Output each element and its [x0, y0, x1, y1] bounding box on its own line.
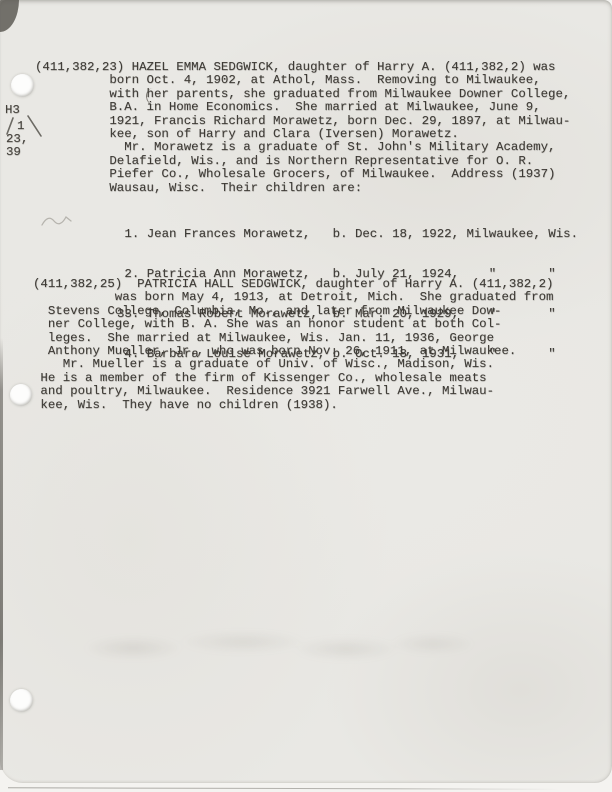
page-corner-shadow — [0, 0, 19, 32]
pencil-scribble — [40, 212, 74, 228]
page-bottom-edge-line — [8, 787, 560, 790]
margin-note-39: 39 — [6, 146, 21, 159]
record-patricia-sedgwick: (411,382,25) PATRICIA HALL SEDGWICK, dau… — [33, 278, 554, 412]
scanned-page: H3 1 23, 39 (411,382,23) HAZEL EMMA SEDG… — [0, 0, 612, 783]
punch-hole-middle — [10, 384, 32, 406]
punch-hole-bottom — [10, 689, 33, 712]
scan-background: H3 1 23, 39 (411,382,23) HAZEL EMMA SEDG… — [0, 0, 612, 792]
record-hazel-sedgwick: (411,382,23) HAZEL EMMA SEDGWICK, daught… — [35, 61, 570, 195]
child-row-1: 1. Jean Frances Morawetz, b. Dec. 18, 19… — [117, 228, 578, 241]
page-left-edge-shadow — [0, 338, 3, 770]
punch-hole-top — [11, 74, 34, 97]
ink-bleed-smudge — [78, 616, 473, 674]
